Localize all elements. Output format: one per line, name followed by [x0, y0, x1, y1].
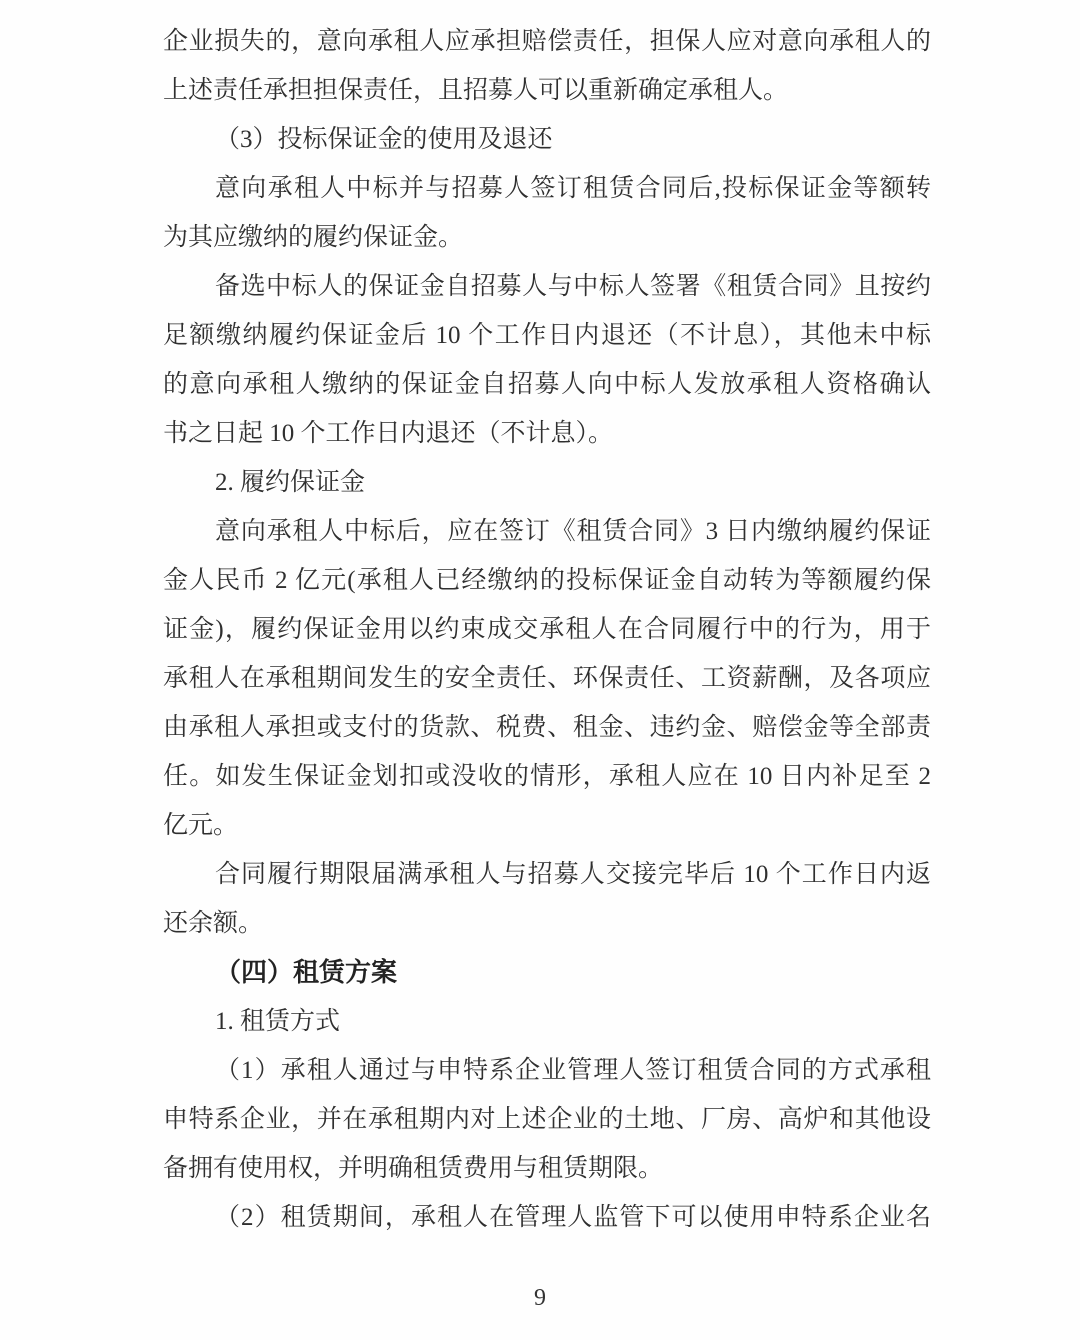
text-line: 企业损失的，意向承租人应承担赔偿责任，担保人应对意向承租人的: [163, 17, 931, 66]
section-heading-line: （四）租赁方案: [163, 948, 931, 997]
text-line: （3）投标保证金的使用及退还: [163, 115, 931, 164]
text-line: 备拥有使用权，并明确租赁费用与租赁期限。: [163, 1144, 931, 1193]
text-line: 任。如发生保证金划扣或没收的情形，承租人应在 10 日内补足至 2: [163, 752, 931, 801]
text-line: 的意向承租人缴纳的保证金自招募人向中标人发放承租人资格确认: [163, 360, 931, 409]
text-line: 意向承租人中标后，应在签订《租赁合同》3 日内缴纳履约保证: [163, 507, 931, 556]
text-line: 承租人在承租期间发生的安全责任、环保责任、工资薪酬，及各项应: [163, 654, 931, 703]
text-line: 1. 租赁方式: [163, 997, 931, 1046]
text-line: （1）承租人通过与申特系企业管理人签订租赁合同的方式承租: [163, 1046, 931, 1095]
text-line: 足额缴纳履约保证金后 10 个工作日内退还（不计息），其他未中标: [163, 311, 931, 360]
text-line: 还余额。: [163, 899, 931, 948]
page-number: 9: [0, 1278, 1080, 1318]
text-line: 备选中标人的保证金自招募人与中标人签署《租赁合同》且按约: [163, 262, 931, 311]
text-line: 意向承租人中标并与招募人签订租赁合同后,投标保证金等额转: [163, 164, 931, 213]
document-body: 企业损失的，意向承租人应承担赔偿责任，担保人应对意向承租人的上述责任承担担保责任…: [163, 17, 931, 1242]
text-line: 为其应缴纳的履约保证金。: [163, 213, 931, 262]
document-page: 企业损失的，意向承租人应承担赔偿责任，担保人应对意向承租人的上述责任承担担保责任…: [0, 0, 1080, 1340]
text-line: 申特系企业，并在承租期内对上述企业的土地、厂房、高炉和其他设: [163, 1095, 931, 1144]
text-line: 证金)，履约保证金用以约束成交承租人在合同履行中的行为，用于: [163, 605, 931, 654]
text-line: 上述责任承担担保责任，且招募人可以重新确定承租人。: [163, 66, 931, 115]
text-line: 由承租人承担或支付的货款、税费、租金、违约金、赔偿金等全部责: [163, 703, 931, 752]
text-line: （2）租赁期间，承租人在管理人监管下可以使用申特系企业名: [163, 1193, 931, 1242]
text-line: 书之日起 10 个工作日内退还（不计息）。: [163, 409, 931, 458]
text-line: 金人民币 2 亿元(承租人已经缴纳的投标保证金自动转为等额履约保: [163, 556, 931, 605]
text-line: 合同履行期限届满承租人与招募人交接完毕后 10 个工作日内返: [163, 850, 931, 899]
text-line: 亿元。: [163, 801, 931, 850]
text-line: 2. 履约保证金: [163, 458, 931, 507]
